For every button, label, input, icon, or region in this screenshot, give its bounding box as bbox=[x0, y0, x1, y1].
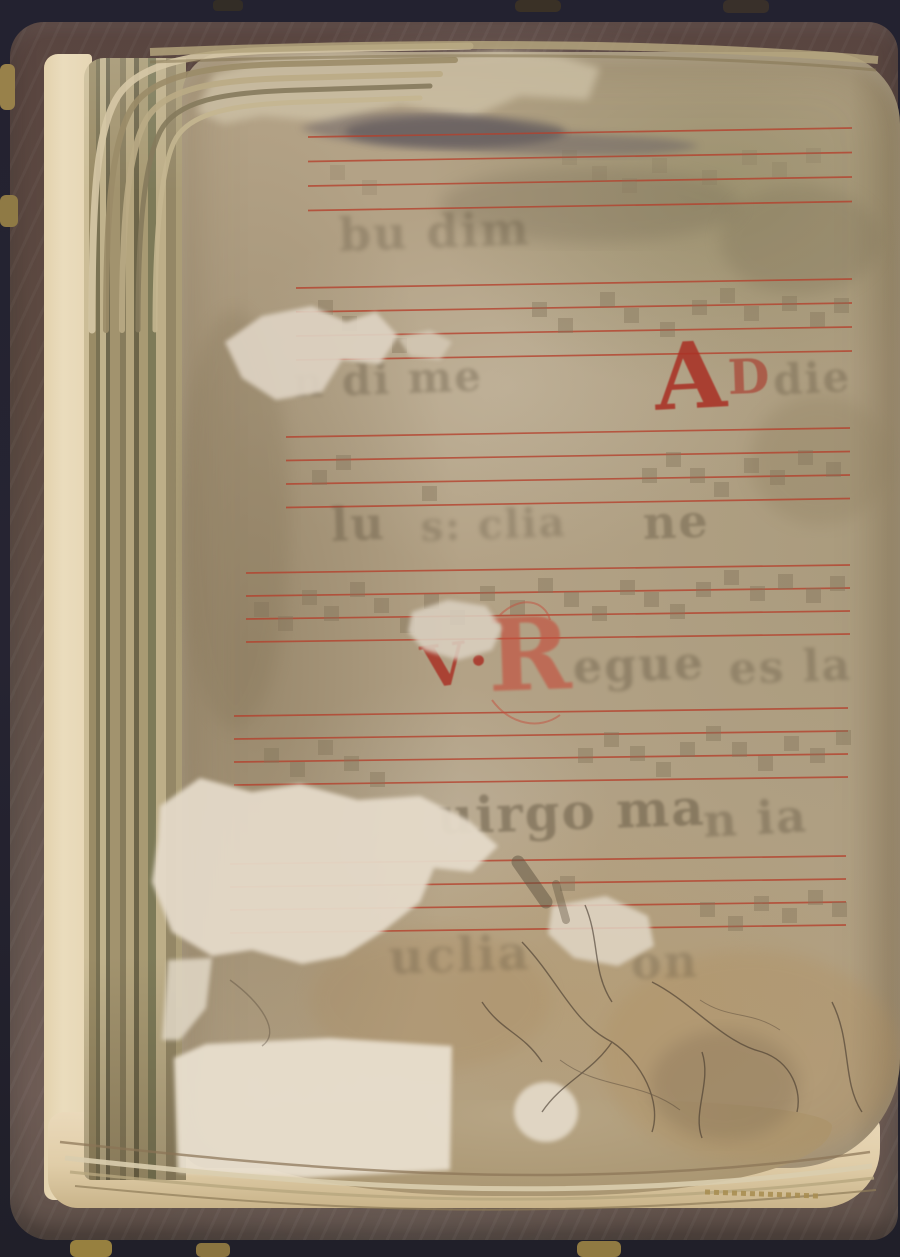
bottom-foot-mid bbox=[196, 1243, 230, 1257]
crack-right bbox=[832, 1002, 862, 1112]
patch-mid bbox=[408, 600, 502, 660]
corner-curve-3 bbox=[122, 74, 440, 330]
photograph-of-bound-manuscript: bu dimn di meADdielus: clianeV·Reguees l… bbox=[0, 0, 900, 1257]
damage-and-binding-layer bbox=[0, 0, 900, 1257]
patch-bottom-blob bbox=[514, 1082, 578, 1142]
bottom-foot-left bbox=[70, 1240, 112, 1257]
flourish-bottom bbox=[492, 700, 560, 723]
crack-branch-3 bbox=[699, 1052, 705, 1138]
stack-corner-curves bbox=[92, 46, 470, 330]
crack-branch-2 bbox=[652, 982, 798, 1112]
crack-fine-2 bbox=[700, 1000, 780, 1030]
corner-curve-4 bbox=[138, 86, 430, 330]
flourish-top bbox=[500, 602, 550, 620]
patch-large-left bbox=[152, 778, 498, 964]
left-clasp-lower bbox=[0, 195, 18, 227]
corner-curve-5 bbox=[155, 98, 420, 330]
repair-patches bbox=[152, 306, 654, 1178]
crack-branch-4 bbox=[482, 1002, 542, 1062]
bottom-foot-center bbox=[577, 1241, 621, 1257]
left-clasp-upper bbox=[0, 64, 15, 110]
top-knob-left bbox=[213, 0, 243, 11]
top-knob-right bbox=[723, 0, 769, 13]
initial-r-flourish bbox=[492, 602, 560, 723]
ligature-stroke-1 bbox=[518, 862, 546, 902]
patch-upper-left-ext bbox=[398, 330, 452, 360]
patch-upper-left bbox=[225, 306, 398, 400]
patch-left-strip bbox=[162, 958, 212, 1040]
crack-left bbox=[230, 980, 270, 1046]
crack-fine-1 bbox=[560, 1060, 680, 1110]
top-knob-center bbox=[515, 0, 561, 12]
